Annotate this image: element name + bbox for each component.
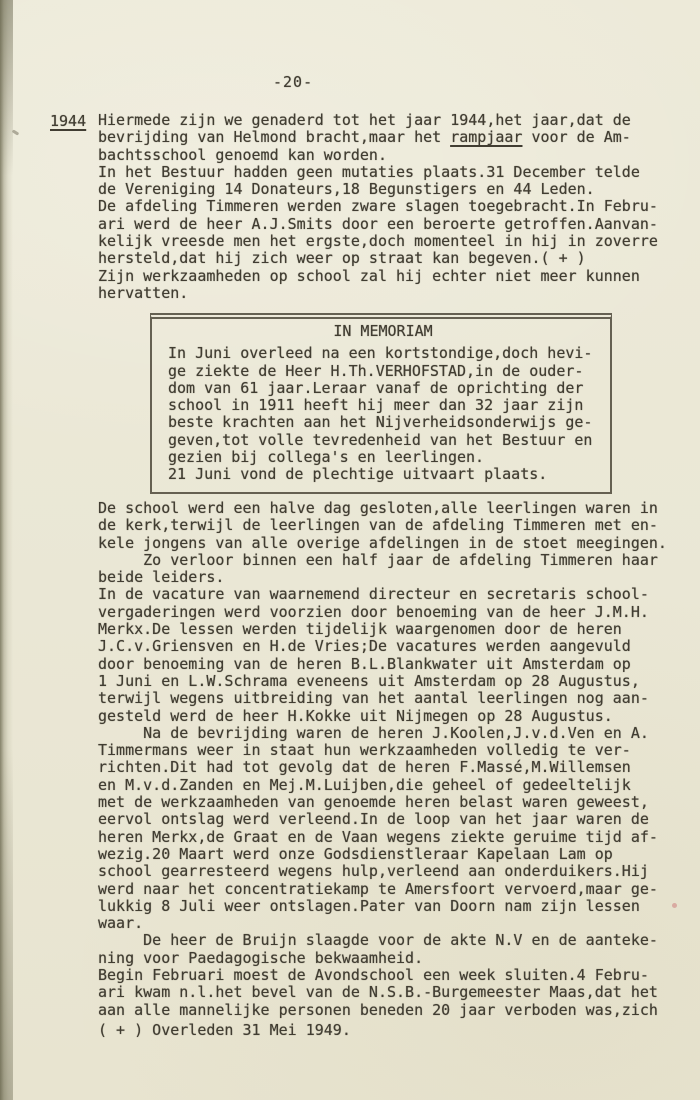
body-line: J.C.v.Griensven en H.de Vries;De vacatur… bbox=[98, 638, 667, 655]
body-line: Zijn werkzaamheden op school zal hij ech… bbox=[98, 268, 658, 285]
body-line: waar. bbox=[98, 915, 667, 932]
document-page: -20- 1944 Hiermede zijn we genaderd tot … bbox=[0, 0, 700, 1100]
text-segment: voor de Am- bbox=[522, 128, 630, 146]
body-line: met de werkzaamheden van genoemde heren … bbox=[98, 794, 667, 811]
paragraph-block-2: De school werd een halve dag gesloten,al… bbox=[98, 500, 667, 1019]
in-memoriam-box: IN MEMORIAM In Juni overleed na een kort… bbox=[150, 313, 612, 494]
body-line: In het Bestuur hadden geen mutaties plaa… bbox=[98, 164, 658, 181]
body-line: bachtsschool genoemd kan worden. bbox=[98, 147, 658, 164]
body-line: hersteld,dat hij zich weer op straat kan… bbox=[98, 250, 658, 267]
body-line: en M.v.d.Zanden en Mej.M.Luijben,die geh… bbox=[98, 777, 667, 794]
body-line-with-underline: bevrijding van Helmond bracht,maar het r… bbox=[98, 129, 658, 146]
memoriam-line: ge ziekte de Heer H.Th.VERHOFSTAD,in de … bbox=[168, 363, 598, 380]
body-line: Na de bevrijding waren de heren J.Koolen… bbox=[98, 725, 667, 742]
body-line: de kerk,terwijl de leerlingen van de afd… bbox=[98, 517, 667, 534]
body-line: eervol ontslag werd verleend.In de loop … bbox=[98, 811, 667, 828]
body-line: 1 Juni en L.W.Schrama eveneens uit Amste… bbox=[98, 673, 667, 690]
body-line: terwijl wegens uitbreiding van het aanta… bbox=[98, 690, 667, 707]
body-line: beide leiders. bbox=[98, 569, 667, 586]
memoriam-line: In Juni overleed na een kortstondige,doc… bbox=[168, 345, 598, 362]
body-line: Timmermans weer in staat hun werkzaamhed… bbox=[98, 742, 667, 759]
memoriam-title: IN MEMORIAM bbox=[168, 323, 598, 340]
page-left-edge-shadow bbox=[0, 0, 13, 1100]
body-line: Begin Februari moest de Avondschool een … bbox=[98, 967, 667, 984]
body-line: door benoeming van de heren B.L.Blankwat… bbox=[98, 656, 667, 673]
body-line: heren Merkx,de Graat en de Vaan wegens z… bbox=[98, 829, 667, 846]
text-segment: bevrijding van Helmond bracht,maar het bbox=[98, 128, 450, 146]
body-line: Hiermede zijn we genaderd tot het jaar 1… bbox=[98, 112, 658, 129]
body-line: kelijk vreesde men het ergste,doch momen… bbox=[98, 233, 658, 250]
body-line: aan alle mannelijke personen beneden 20 … bbox=[98, 1002, 667, 1019]
body-line: wezig.20 Maart werd onze Godsdienstleraa… bbox=[98, 846, 667, 863]
footnote: ( + ) Overleden 31 Mei 1949. bbox=[98, 1021, 351, 1039]
page-number: -20- bbox=[273, 73, 313, 91]
underlined-word: rampjaar bbox=[450, 128, 522, 146]
scan-speck-red bbox=[672, 903, 677, 908]
body-line: kele jongens van alle overige afdelingen… bbox=[98, 535, 667, 552]
memoriam-line: dom van 61 jaar.Leraar vanaf de oprichti… bbox=[168, 380, 598, 397]
memoriam-line: beste krachten aan het Nijverheidsonderw… bbox=[168, 414, 598, 431]
body-line: school gearresteerd wegens hulp,verleend… bbox=[98, 863, 667, 880]
body-line: In de vacature van waarnemend directeur … bbox=[98, 586, 667, 603]
body-line: ari kwam n.l.het bevel van de N.S.B.-Bur… bbox=[98, 984, 667, 1001]
body-line: De afdeling Timmeren werden zware slagen… bbox=[98, 198, 658, 215]
body-line: hervatten. bbox=[98, 285, 658, 302]
body-line: De heer de Bruijn slaagde voor de akte N… bbox=[98, 932, 667, 949]
body-line: gesteld werd de heer H.Kokke uit Nijmege… bbox=[98, 708, 667, 725]
memoriam-line: 21 Juni vond de plechtige uitvaart plaat… bbox=[168, 466, 598, 483]
body-line: De school werd een halve dag gesloten,al… bbox=[98, 500, 667, 517]
body-line: werd naar het concentratiekamp te Amersf… bbox=[98, 881, 667, 898]
body-line: ari werd de heer A.J.Smits door een bero… bbox=[98, 216, 658, 233]
memoriam-line: school in 1911 heeft hij meer dan 32 jaa… bbox=[168, 397, 598, 414]
memoriam-line: geven,tot volle tevredenheid van het Bes… bbox=[168, 432, 598, 449]
body-line: ning voor Paedagogische bekwaamheid. bbox=[98, 950, 667, 967]
body-line: Merkx.De lessen werden tijdelijk waargen… bbox=[98, 621, 667, 638]
memoriam-line: gezien bij collega's en leerlingen. bbox=[168, 449, 598, 466]
body-line: vergaderingen werd voorzien door benoemi… bbox=[98, 604, 667, 621]
body-line: richten.Dit had tot gevolg dat de heren … bbox=[98, 759, 667, 776]
body-line: de Vereniging 14 Donateurs,18 Begunstige… bbox=[98, 181, 658, 198]
margin-year-label: 1944 bbox=[50, 112, 86, 130]
body-line: Zo verloor binnen een half jaar de afdel… bbox=[98, 552, 667, 569]
body-line: lukkig 8 Juli weer ontslagen.Pater van D… bbox=[98, 898, 667, 915]
paragraph-block-1: Hiermede zijn we genaderd tot het jaar 1… bbox=[98, 112, 658, 302]
